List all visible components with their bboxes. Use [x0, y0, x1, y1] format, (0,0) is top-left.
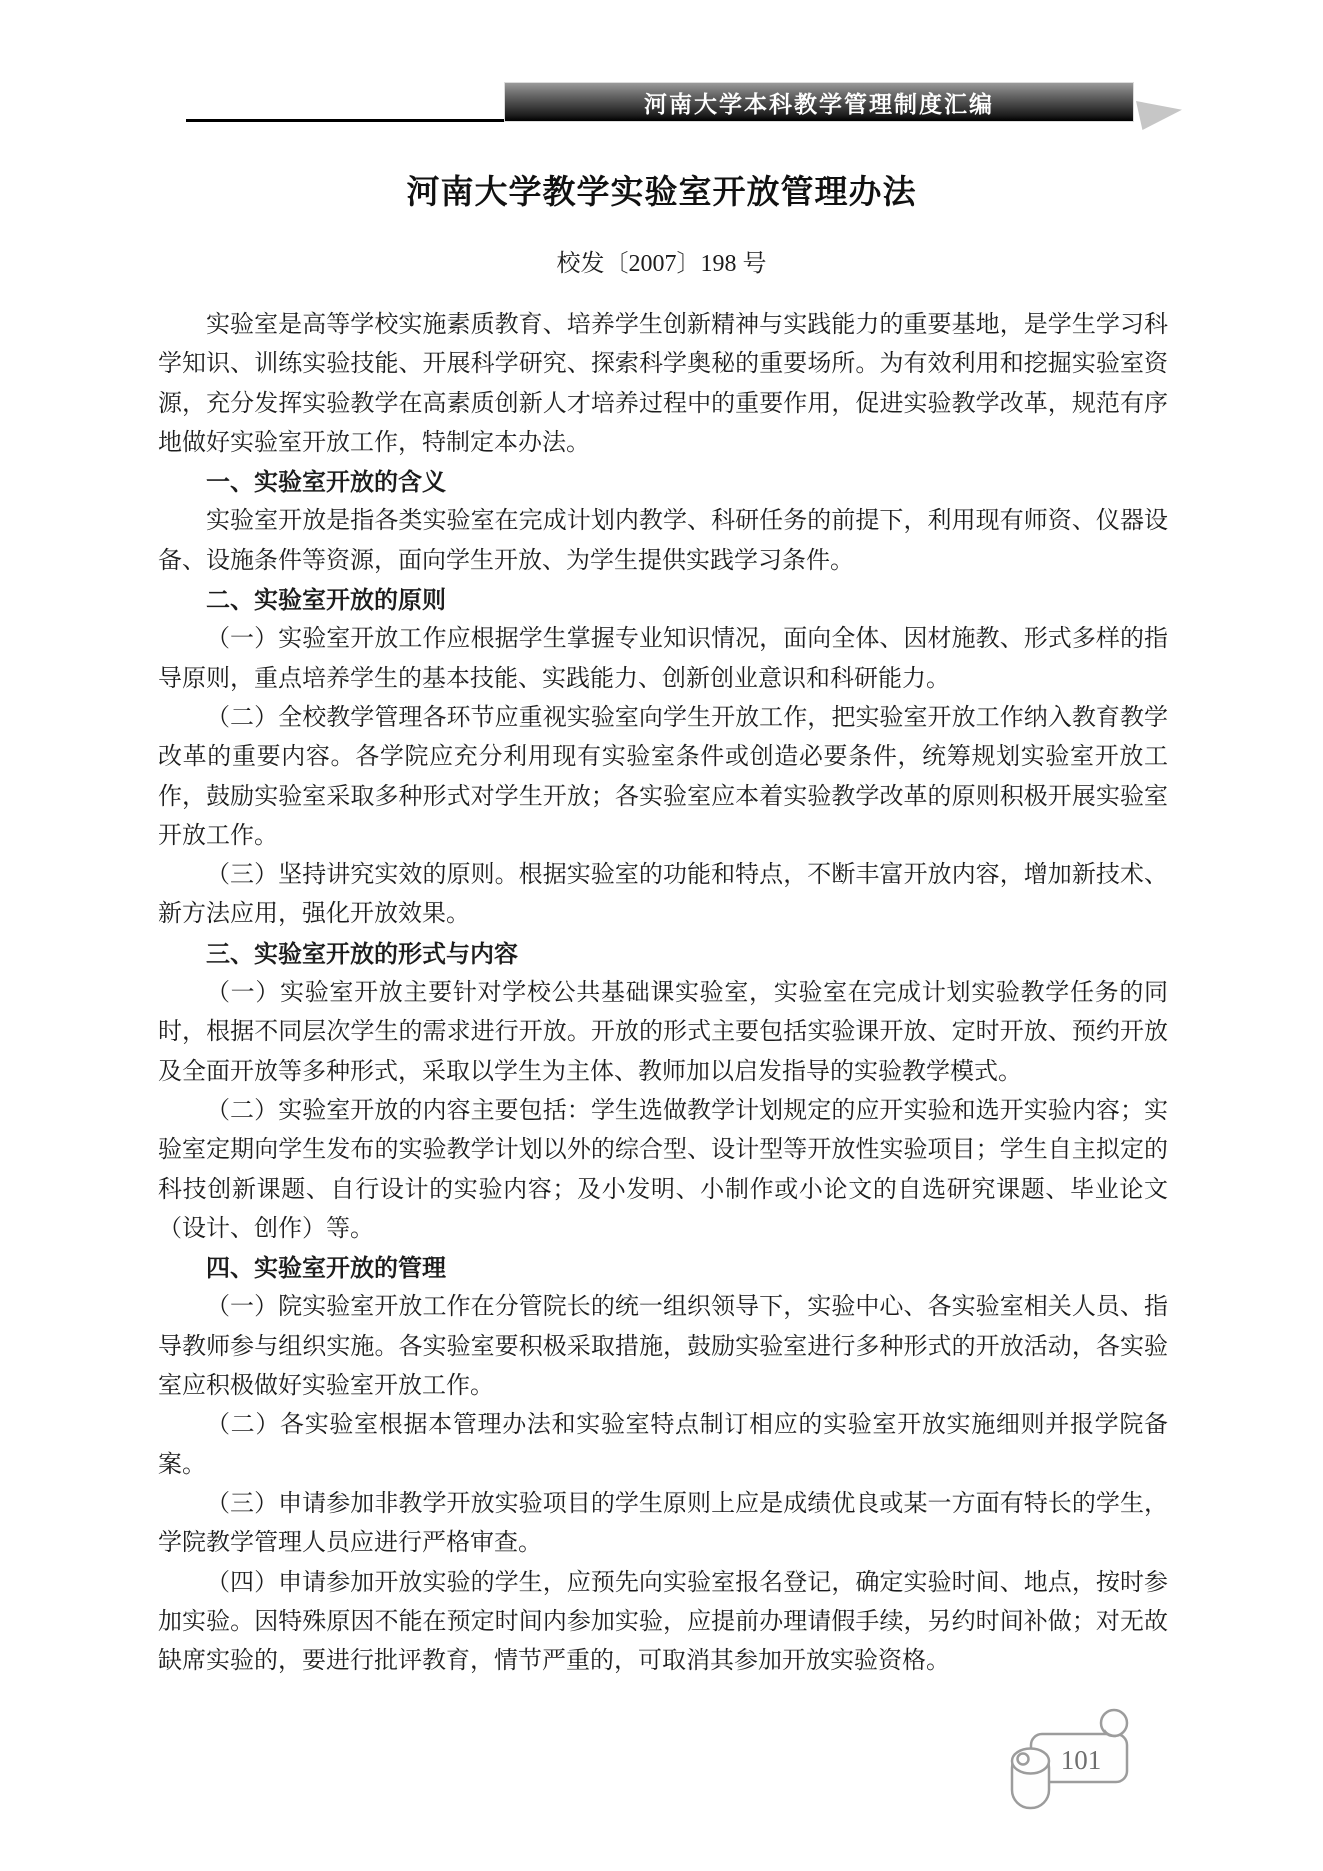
- page-number-scroll-icon: 101: [1004, 1706, 1138, 1812]
- body-paragraph: （三）坚持讲究实效的原则。根据实验室的功能和特点，不断丰富开放内容，增加新技术、…: [158, 856, 1168, 935]
- section-heading: 四、实验室开放的管理: [158, 1249, 1168, 1288]
- body-paragraph: 实验室开放是指各类实验室在完成计划内教学、科研任务的前提下，利用现有师资、仪器设…: [158, 502, 1168, 581]
- header-banner-title: 河南大学本科教学管理制度汇编: [644, 86, 994, 119]
- header-banner: 河南大学本科教学管理制度汇编: [504, 82, 1134, 122]
- body-paragraph: （三）申请参加非教学开放实验项目的学生原则上应是成绩优良或某一方面有特长的学生，…: [158, 1485, 1168, 1564]
- page-number: 101: [1061, 1745, 1102, 1775]
- body-paragraph: （二）各实验室根据本管理办法和实验室特点制订相应的实验室开放实施细则并报学院备案…: [158, 1406, 1168, 1485]
- body-paragraph: （一）实验室开放主要针对学校公共基础课实验室，实验室在完成计划实验教学任务的同时…: [158, 974, 1168, 1092]
- section-heading: 二、实验室开放的原则: [158, 581, 1168, 620]
- banner-arrow-icon: [1136, 101, 1182, 130]
- body-paragraph: （二）全校教学管理各环节应重视实验室向学生开放工作，把实验室开放工作纳入教育教学…: [158, 699, 1168, 856]
- document-body: 实验室是高等学校实施素质教育、培养学生创新精神与实践能力的重要基地，是学生学习科…: [158, 306, 1168, 1681]
- document-title: 河南大学教学实验室开放管理办法: [0, 166, 1323, 213]
- document-page: 河南大学本科教学管理制度汇编 河南大学教学实验室开放管理办法 校发〔2007〕1…: [0, 0, 1323, 1871]
- section-heading: 一、实验室开放的含义: [158, 463, 1168, 502]
- section-heading: 三、实验室开放的形式与内容: [158, 935, 1168, 974]
- body-paragraph: （二）实验室开放的内容主要包括：学生选做教学计划规定的应开实验和选开实验内容；实…: [158, 1092, 1168, 1249]
- body-paragraph: 实验室是高等学校实施素质教育、培养学生创新精神与实践能力的重要基地，是学生学习科…: [158, 306, 1168, 463]
- body-paragraph: （一）实验室开放工作应根据学生掌握专业知识情况，面向全体、因材施教、形式多样的指…: [158, 620, 1168, 699]
- body-paragraph: （四）申请参加开放实验的学生，应预先向实验室报名登记，确定实验时间、地点，按时参…: [158, 1564, 1168, 1682]
- body-paragraph: （一）院实验室开放工作在分管院长的统一组织领导下，实验中心、各实验室相关人员、指…: [158, 1288, 1168, 1406]
- document-number: 校发〔2007〕198 号: [0, 243, 1323, 278]
